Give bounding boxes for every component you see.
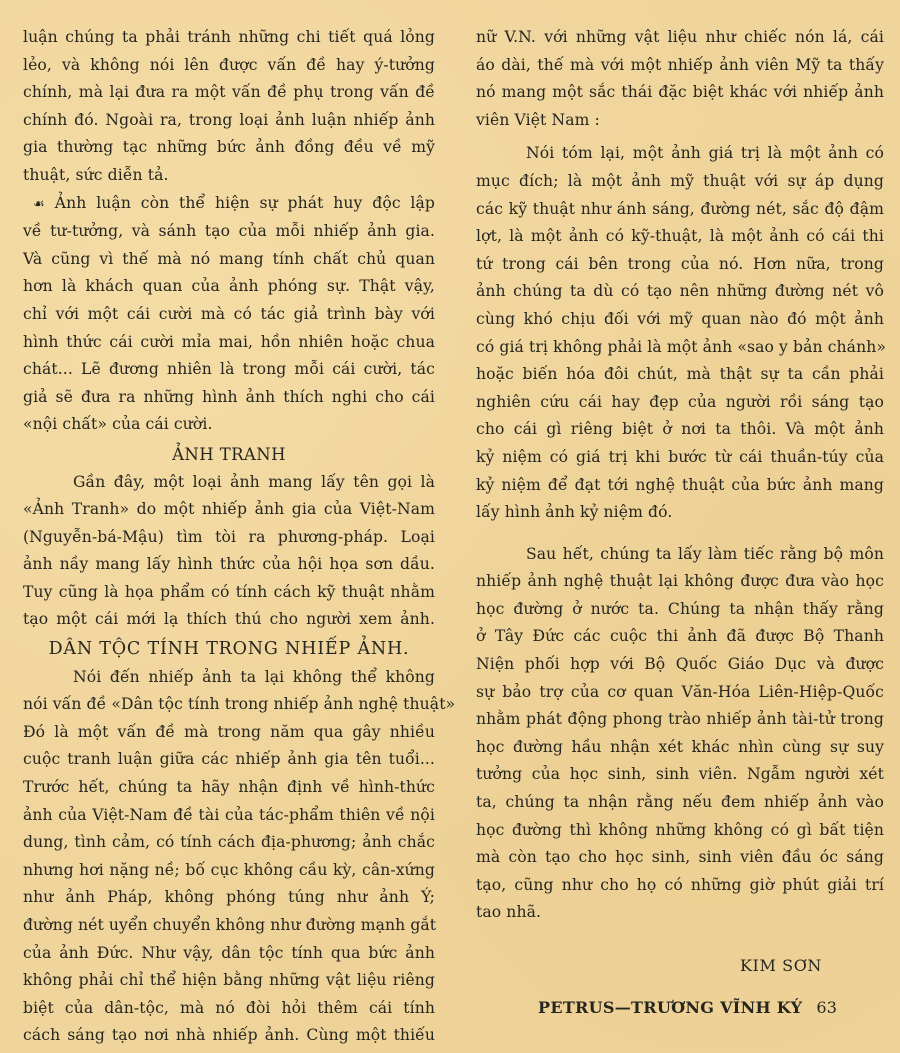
text-line: «Ảnh Tranh» do một nhiếp ảnh gia của Việ… <box>23 496 435 524</box>
paragraph: Gần đây, một loại ảnh mang lấy tên gọi l… <box>23 469 435 635</box>
text-line: hơn là khách quan của ảnh phóng sự. Thật… <box>23 273 435 301</box>
text-line: Nói đến nhiếp ảnh ta lại không thể không <box>23 664 435 692</box>
text-line: thuật, sức diễn tả. <box>23 162 435 190</box>
text-line: đường nét uyển chuyển không như đường mạ… <box>23 912 435 940</box>
text-line: có giá trị không phải là một ảnh «sao y … <box>476 334 884 362</box>
text-line: ☙Ảnh luận còn thể hiện sự phát huy độc l… <box>23 190 435 219</box>
text-line: nghiên cứu cái hay đẹp của người rồi sán… <box>476 389 884 417</box>
text-line: nữ V.N. với những vật liệu như chiếc nón… <box>476 24 884 52</box>
text-line: tạo, cũng như cho họ có những giờ phút g… <box>476 872 884 900</box>
text-line: nhiếp ảnh nghệ thuật lại không được đưa … <box>476 568 884 596</box>
paragraph: Sau hết, chúng ta lấy làm tiếc rằng bộ m… <box>476 541 884 927</box>
text-line: Đó là một vấn đề mà trong năm qua gây nh… <box>23 719 435 747</box>
text-line: ảnh của Việt-Nam đề tài của tác-phẩm thi… <box>23 802 435 830</box>
paragraph-mark-icon: ☙ <box>33 197 45 212</box>
text-line: cuộc tranh luận giữa các nhiếp ảnh gia t… <box>23 746 435 774</box>
text-line: của ảnh Đức. Như vậy, dân tộc tính qua b… <box>23 940 435 968</box>
text-line: kỷ niệm có giá trị khi bước từ cái thuần… <box>476 444 884 472</box>
text-line: Gần đây, một loại ảnh mang lấy tên gọi l… <box>23 469 435 497</box>
text-line: nói vấn đề «Dân tộc tính trong nhiếp ảnh… <box>23 691 435 719</box>
text-line: lẻo, và không nói lên được vấn đề hay ý-… <box>23 52 435 80</box>
text-line: cùng khó chịu đối với mỹ quan nào đó một… <box>476 306 884 334</box>
text-line: «nội chất» của cái cười. <box>23 411 435 439</box>
text-line: Và cũng vì thế mà nó mang tính chất chủ … <box>23 246 435 274</box>
page-footer: PETRUS—TRƯƠNG VĨNH KÝ63 <box>538 998 837 1017</box>
text-line: lấy hình ảnh kỷ niệm đó. <box>476 499 884 527</box>
text-line: mục đích; là một ảnh mỹ thuật với sự áp … <box>476 168 884 196</box>
text-line: như ảnh Pháp, không phóng túng như ảnh Ý… <box>23 884 435 912</box>
paragraph: Nói đến nhiếp ảnh ta lại không thể không… <box>23 664 435 1050</box>
text-line: ảnh chúng ta dù có tạo nên những đường n… <box>476 278 884 306</box>
page-number: 63 <box>816 998 837 1017</box>
text-span: Ảnh luận còn thể hiện sự phát huy độc lậ… <box>55 194 435 212</box>
text-line: ở Tây Đức các cuộc thi ảnh đã được Bộ Th… <box>476 623 884 651</box>
text-line: (Nguyễn-bá-Mậu) tìm tòi ra phương-pháp. … <box>23 524 435 552</box>
text-line: học đường thì không những không có gì bấ… <box>476 817 884 845</box>
text-line: ảnh nầy mang lấy hình thức của hội họa s… <box>23 551 435 579</box>
text-line: các kỹ thuật như ánh sáng, đường nét, sắ… <box>476 196 884 224</box>
paragraph: ☙Ảnh luận còn thể hiện sự phát huy độc l… <box>23 190 435 439</box>
text-line: nhằm phát động phong trào nhiếp ảnh tài-… <box>476 706 884 734</box>
right-column: nữ V.N. với những vật liệu như chiếc nón… <box>476 24 884 927</box>
text-line: chát... Lẽ đương nhiên là trong mỗi cái … <box>23 356 435 384</box>
text-line: chính, mà lại đưa ra một vấn đề phụ tron… <box>23 79 435 107</box>
text-line: kỷ niệm để đạt tới nghệ thuật của bức ản… <box>476 472 884 500</box>
text-line: sự bảo trợ của cơ quan Văn-Hóa Liên-Hiệp… <box>476 679 884 707</box>
text-line: chính đó. Ngoài ra, trong loại ảnh luận … <box>23 107 435 135</box>
text-line: Nói tóm lại, một ảnh giá trị là một ảnh … <box>476 140 884 168</box>
text-line: về tư-tưởng, và sánh tạo của mỗi nhiếp ả… <box>23 218 435 246</box>
text-line: Niện phối hợp với Bộ Quốc Giáo Dục và đư… <box>476 651 884 679</box>
section-heading: DÂN TỘC TÍNH TRONG NHIẾP ẢNH. <box>23 636 435 664</box>
text-line: áo dài, thế mà với một nhiếp ảnh viên Mỹ… <box>476 52 884 80</box>
paragraph: luận chúng ta phải tránh những chi tiết … <box>23 24 435 190</box>
text-line: hoặc biến hóa đôi chút, mà thật sự ta cầ… <box>476 361 884 389</box>
paragraph: Nói tóm lại, một ảnh giá trị là một ảnh … <box>476 140 884 526</box>
text-line: Trước hết, chúng ta hãy nhận định về hìn… <box>23 774 435 802</box>
text-line: cho cái gì riêng biệt ở nơi ta thôi. Và … <box>476 416 884 444</box>
text-line: ta, chúng ta nhận rằng nếu đem nhiếp ảnh… <box>476 789 884 817</box>
text-line: tạo một cái mới lạ thích thú cho người x… <box>23 606 435 634</box>
text-line: biệt của dân-tộc, mà nó đòi hỏi thêm cái… <box>23 995 435 1023</box>
text-line: viên Việt Nam : <box>476 107 884 135</box>
text-line: Tuy cũng là họa phẩm có tính cách kỹ thu… <box>23 579 435 607</box>
text-line: học đường ở nước ta. Chúng ta nhận thấy … <box>476 596 884 624</box>
section-heading: ẢNH TRANH <box>23 441 435 469</box>
paragraph: nữ V.N. với những vật liệu như chiếc nón… <box>476 24 884 134</box>
text-line: chỉ với một cái cười mà có tác giả trình… <box>23 301 435 329</box>
text-line: tứ trong cái bên trong của nó. Hơn nữa, … <box>476 251 884 279</box>
text-line: giả sẽ đưa ra những hình ảnh thích nghi … <box>23 384 435 412</box>
text-line: tưởng của học sinh, sinh viên. Ngẫm ngườ… <box>476 761 884 789</box>
text-line: Sau hết, chúng ta lấy làm tiếc rằng bộ m… <box>476 541 884 569</box>
text-line: luận chúng ta phải tránh những chi tiết … <box>23 24 435 52</box>
text-line: hình thức cái cười mỉa mai, hồn nhiên ho… <box>23 329 435 357</box>
text-line: nó mang một sắc thái đặc biệt khác với n… <box>476 79 884 107</box>
publication-name: PETRUS—TRƯƠNG VĨNH KÝ <box>538 998 802 1017</box>
text-line: tao nhã. <box>476 899 884 927</box>
spacer <box>476 527 884 541</box>
text-line: cách sáng tạo nơi nhà nhiếp ảnh. Cùng mộ… <box>23 1022 435 1050</box>
left-column: luận chúng ta phải tránh những chi tiết … <box>23 24 435 1050</box>
text-line: gia thường tạc những bức ảnh đồng đều về… <box>23 134 435 162</box>
text-line: mà còn tạo cho học sinh, sinh viên đầu ó… <box>476 844 884 872</box>
text-line: học đường hầu nhận xét khác nhìn cùng sự… <box>476 734 884 762</box>
text-line: lợt, là một ảnh có kỹ-thuật, là một ảnh … <box>476 223 884 251</box>
author-signature: KIM SƠN <box>740 956 822 975</box>
text-line: không phải chỉ thể hiện bằng những vật l… <box>23 967 435 995</box>
text-line: nhưng hơi nặng nề; bố cục không cầu kỳ, … <box>23 857 435 885</box>
text-line: dung, tình cảm, có tính cách địa-phương;… <box>23 829 435 857</box>
